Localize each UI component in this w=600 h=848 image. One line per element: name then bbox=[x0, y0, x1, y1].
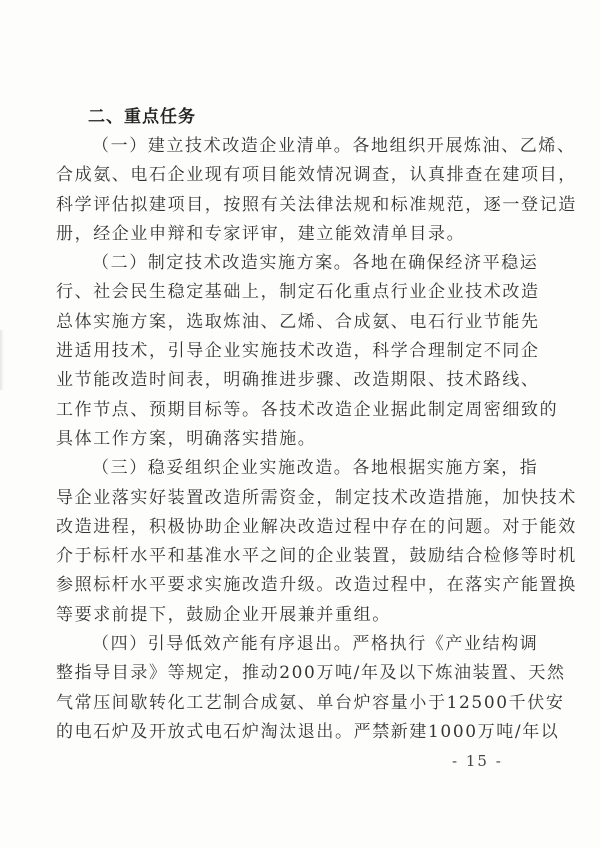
paragraph-line: 合成氨、电石企业现有项目能效情况调查，认真排查在建项目， bbox=[56, 161, 497, 190]
paragraph-line: （一）建立技术改造企业清单。各地组织开展炼油、乙烯、 bbox=[56, 132, 497, 161]
paragraph-line: 进适用技术，引导企业实施技术改造，科学合理制定不同企 bbox=[56, 337, 497, 366]
paragraph-line: 的电石炉及开放式电石炉淘汰退出。严禁新建1000万吨/年以 bbox=[56, 718, 497, 747]
paragraph-line: 参照标杆水平要求实施改造升级。改造过程中，在落实产能置换 bbox=[56, 571, 497, 600]
paragraph-line: 气常压间歇转化工艺制合成氨、单台炉容量小于12500千伏安 bbox=[56, 689, 497, 718]
paragraph-line: 等要求前提下，鼓励企业开展兼并重组。 bbox=[56, 601, 497, 630]
paragraph-line: 工作节点、预期目标等。各技术改造企业据此制定周密细致的 bbox=[56, 396, 497, 425]
paragraph-line: 介于标杆水平和基准水平之间的企业装置，鼓励结合检修等时机 bbox=[56, 542, 497, 571]
paragraph-line: 行、社会民生稳定基础上，制定石化重点行业企业技术改造 bbox=[56, 278, 497, 307]
paragraph-line: 业节能改造时间表，明确推进步骤、改造期限、技术路线、 bbox=[56, 366, 497, 395]
paragraph-task-1: （一）建立技术改造企业清单。各地组织开展炼油、乙烯、 合成氨、电石企业现有项目能… bbox=[56, 132, 497, 249]
document-body: 二、重点任务 （一）建立技术改造企业清单。各地组织开展炼油、乙烯、 合成氨、电石… bbox=[56, 103, 497, 747]
paragraph-line: 导企业落实好装置改造所需资金，制定技术改造措施，加快技术 bbox=[56, 484, 497, 513]
paragraph-line: （二）制定技术改造实施方案。各地在确保经济平稳运 bbox=[56, 249, 497, 278]
section-heading: 二、重点任务 bbox=[56, 103, 497, 132]
paragraph-line: 科学评估拟建项目，按照有关法律法规和标准规范，逐一登记造 bbox=[56, 191, 497, 220]
paragraph-task-2: （二）制定技术改造实施方案。各地在确保经济平稳运 行、社会民生稳定基础上，制定石… bbox=[56, 249, 497, 454]
paragraph-line: （三）稳妥组织企业实施改造。各地根据实施方案，指 bbox=[56, 454, 497, 483]
paragraph-line: 改造进程，积极协助企业解决改造过程中存在的问题。对于能效 bbox=[56, 513, 497, 542]
paragraph-line: （四）引导低效产能有序退出。严格执行《产业结构调 bbox=[56, 630, 497, 659]
scan-edge-mark bbox=[0, 330, 4, 390]
paragraph-task-4: （四）引导低效产能有序退出。严格执行《产业结构调 整指导目录》等规定，推动200… bbox=[56, 630, 497, 747]
paragraph-line: 具体工作方案，明确落实措施。 bbox=[56, 425, 497, 454]
paragraph-line: 册，经企业申辩和专家评审，建立能效清单目录。 bbox=[56, 220, 497, 249]
paragraph-line: 总体实施方案，选取炼油、乙烯、合成氨、电石行业节能先 bbox=[56, 308, 497, 337]
paragraph-task-3: （三）稳妥组织企业实施改造。各地根据实施方案，指 导企业落实好装置改造所需资金，… bbox=[56, 454, 497, 630]
paragraph-line: 整指导目录》等规定，推动200万吨/年及以下炼油装置、天然 bbox=[56, 659, 497, 688]
document-page: 二、重点任务 （一）建立技术改造企业清单。各地组织开展炼油、乙烯、 合成氨、电石… bbox=[0, 0, 600, 848]
page-number: - 15 - bbox=[452, 752, 503, 770]
